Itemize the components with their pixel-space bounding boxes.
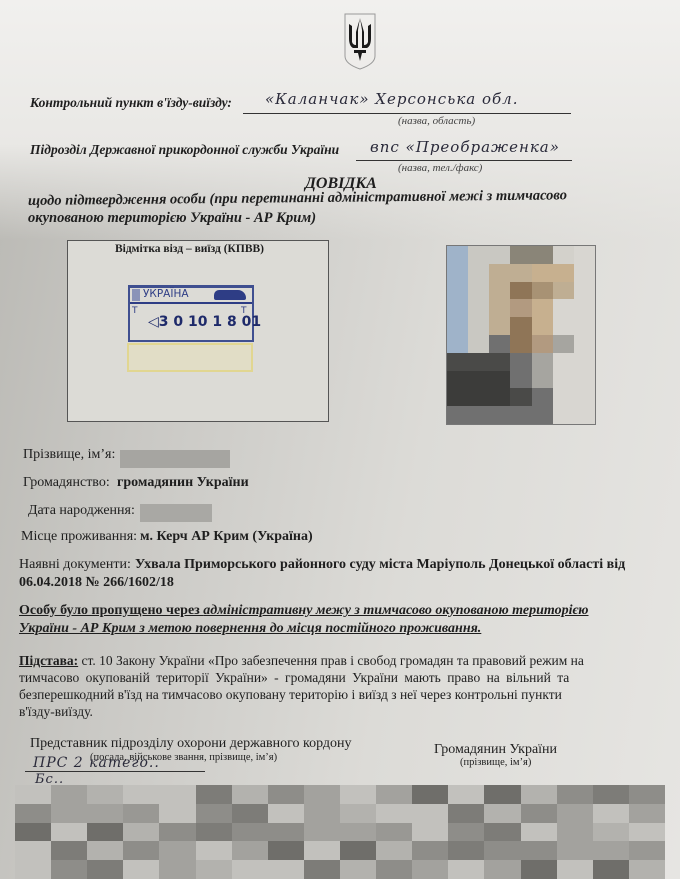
unit-value: впс «Преображенка»	[370, 138, 560, 156]
documents-value-2: 06.04.2018 № 266/1602/18	[19, 575, 174, 591]
basis-label: Підстава:	[19, 653, 78, 668]
basis-line-3: безперешкодний в'їзд на тимчасово окупов…	[19, 687, 562, 703]
stamp-car-icon	[214, 290, 246, 300]
dob-label: Дата народження:	[28, 503, 135, 519]
statement-line-1: Особу було пропущено через адміністратив…	[19, 603, 589, 619]
citizen-label: Громадянин України	[434, 742, 557, 758]
stamp-country: УКРАЇНА	[143, 288, 189, 300]
redacted-signatures-area	[15, 785, 665, 879]
yellow-faded-stamp	[127, 343, 253, 372]
stamp-side-left: Т	[132, 306, 138, 316]
checkpoint-underline	[243, 113, 571, 114]
basis-text: ст. 10 Закону України «Про забезпечення …	[78, 653, 584, 668]
name-redacted	[120, 450, 230, 468]
statement-line-2: України - АР Крим з метою повернення до …	[19, 621, 481, 637]
basis-line-4: в'їзду-виїзду.	[19, 704, 93, 720]
checkpoint-label: Контрольний пункт в'їзду-виїзду:	[30, 95, 232, 111]
blue-entry-stamp: УКРАЇНА Т Т ◁3 0 10 1 8 01	[128, 285, 254, 342]
unit-caption: (назва, тел./факс)	[398, 162, 482, 174]
citizenship-value: громадянин України	[117, 475, 249, 491]
stamp-box-label: Відмітка візд – виїзд (КПВВ)	[115, 243, 264, 255]
citizen-caption: (прізвище, ім’я)	[460, 757, 531, 768]
documents-value-1: Ухвала Приморського районного суду міста…	[135, 557, 625, 573]
documents-label: Наявні документи:	[19, 557, 131, 573]
basis-line-1: Підстава: ст. 10 Закону України «Про заб…	[19, 653, 584, 669]
citizenship-label: Громадянство:	[23, 475, 110, 491]
statement-text: Особу було пропущено через	[19, 603, 203, 618]
unit-label: Підрозділ Державної прикордонної служби …	[30, 142, 339, 158]
unit-underline	[356, 160, 572, 161]
dob-redacted	[140, 504, 212, 522]
residence-label: Місце проживання:	[21, 529, 137, 545]
stamp-number: ◁3 0 10 1 8 01	[148, 314, 261, 330]
stamp-tower-icon	[132, 289, 140, 301]
name-label: Прізвище, ім’я:	[23, 447, 115, 463]
stamp-divider	[130, 302, 252, 304]
basis-line-2: тимчасово окупованій території України» …	[19, 670, 569, 686]
trident-coat-of-arms-icon	[343, 12, 377, 70]
document-subtitle-2: окупованою територією України - АР Крим)	[28, 210, 316, 227]
officer-label: Представник підрозділу охорони державног…	[30, 736, 352, 752]
residence-value: м. Керч АР Крим (Україна)	[140, 529, 313, 545]
applicant-photo	[446, 245, 596, 425]
checkpoint-value: «Каланчак» Херсонська обл.	[265, 90, 519, 108]
statement-italic: адміністративну межу з тимчасово окупова…	[203, 603, 588, 618]
checkpoint-caption: (назва, область)	[398, 115, 475, 127]
officer-handwriting: ПРС 2 катего..	[33, 755, 160, 771]
